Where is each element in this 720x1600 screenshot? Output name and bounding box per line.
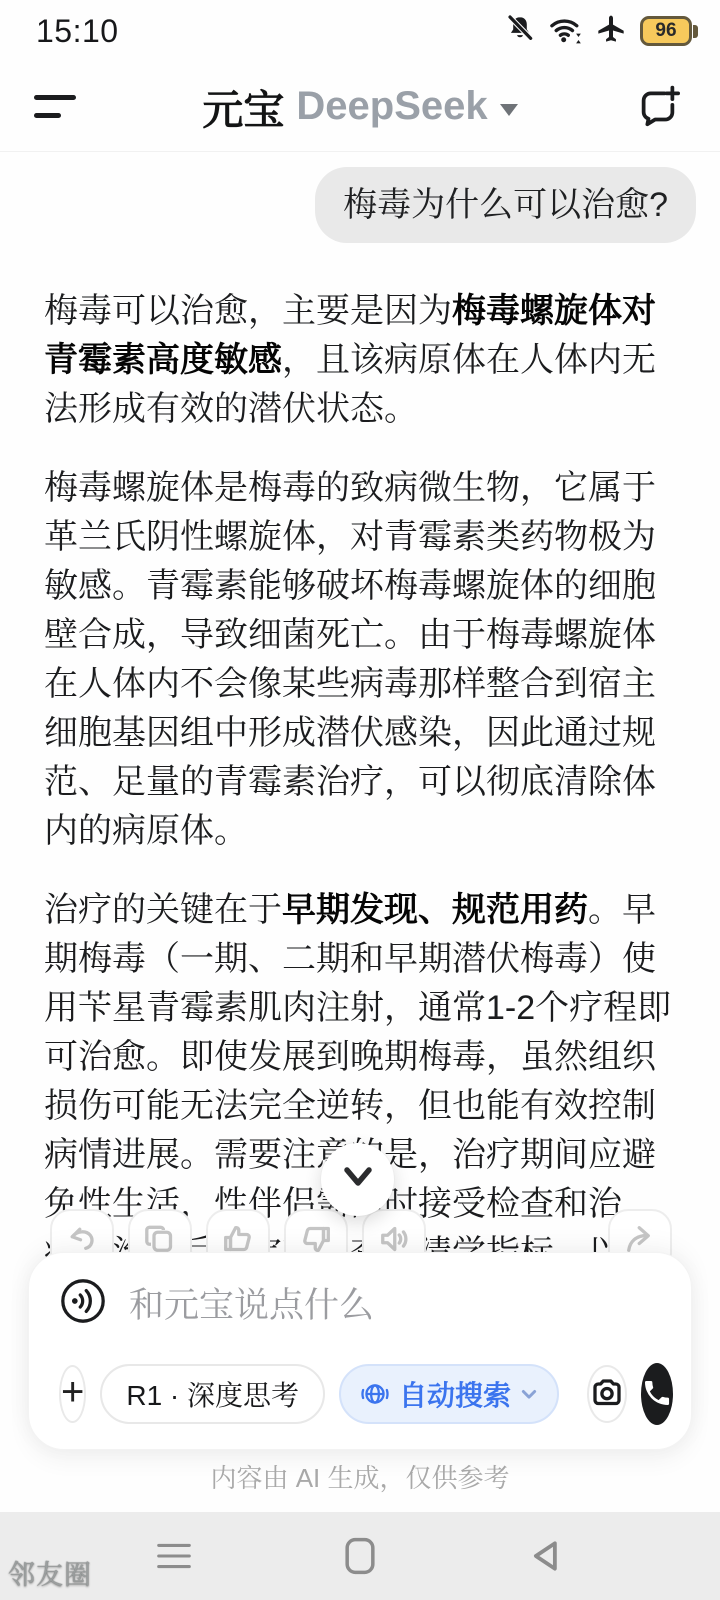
status-icons: 96 [504,13,698,50]
model-caret-down-icon[interactable] [500,104,518,116]
voice-wave-icon[interactable] [59,1277,107,1330]
camera-icon [589,1375,625,1414]
answer-paragraph-2: 梅毒螺旋体是梅毒的致病微生物，它属于革兰氏阴性螺旋体，对青霉素类药物极为敏感。青… [44,464,680,856]
model-selector-label[interactable]: DeepSeek [296,84,487,129]
ai-disclaimer: 内容由 AI 生成，仅供参考 [0,1458,720,1495]
input-tools-row: + R1 · 深度思考 自动搜索 [59,1363,669,1425]
watermark: 邻友圈 [8,1553,92,1592]
deep-think-toggle[interactable]: R1 · 深度思考 [100,1364,325,1424]
phone-icon [641,1377,673,1412]
chevron-down-icon [336,1161,380,1198]
wifi-icon [548,13,582,50]
input-placeholder: 和元宝说点什么 [129,1278,374,1328]
search-caret-down-icon [519,1384,539,1404]
airplane-mode-icon [594,13,628,50]
globe-icon [359,1378,391,1410]
battery-icon: 96 [640,16,698,46]
user-message-row: 梅毒为什么可以治愈? [0,153,720,243]
answer-paragraph-1: 梅毒可以治愈，主要是因为梅毒螺旋体对青霉素高度敏感，且该病原体在人体内无法形成有… [44,287,680,434]
header-title: 元宝 DeepSeek [0,77,720,136]
user-message-bubble: 梅毒为什么可以治愈? [315,167,696,243]
app-screen: 15:10 [0,0,720,1600]
recent-menu-icon[interactable] [146,1528,202,1584]
status-bar: 15:10 [0,0,720,62]
app-name: 元宝 [202,77,284,136]
input-card: 和元宝说点什么 + R1 · 深度思考 自动搜索 [28,1252,692,1450]
home-square-icon[interactable] [332,1528,388,1584]
new-chat-icon[interactable] [630,79,686,135]
back-triangle-icon[interactable] [518,1528,574,1584]
add-attachment-button[interactable]: + [59,1365,86,1423]
mute-bell-icon [504,13,536,50]
battery-percent: 96 [655,20,676,42]
message-input[interactable]: 和元宝说点什么 [59,1277,669,1329]
clock: 15:10 [36,13,119,50]
sidebar-menu-icon[interactable] [34,95,80,118]
scroll-to-bottom-button[interactable] [321,1143,394,1216]
camera-button[interactable] [587,1365,627,1423]
voice-call-button[interactable] [641,1363,673,1425]
system-navbar [0,1512,720,1600]
plus-icon: + [61,1372,84,1412]
app-header: 元宝 DeepSeek [0,62,720,152]
auto-search-toggle[interactable]: 自动搜索 [339,1364,559,1424]
